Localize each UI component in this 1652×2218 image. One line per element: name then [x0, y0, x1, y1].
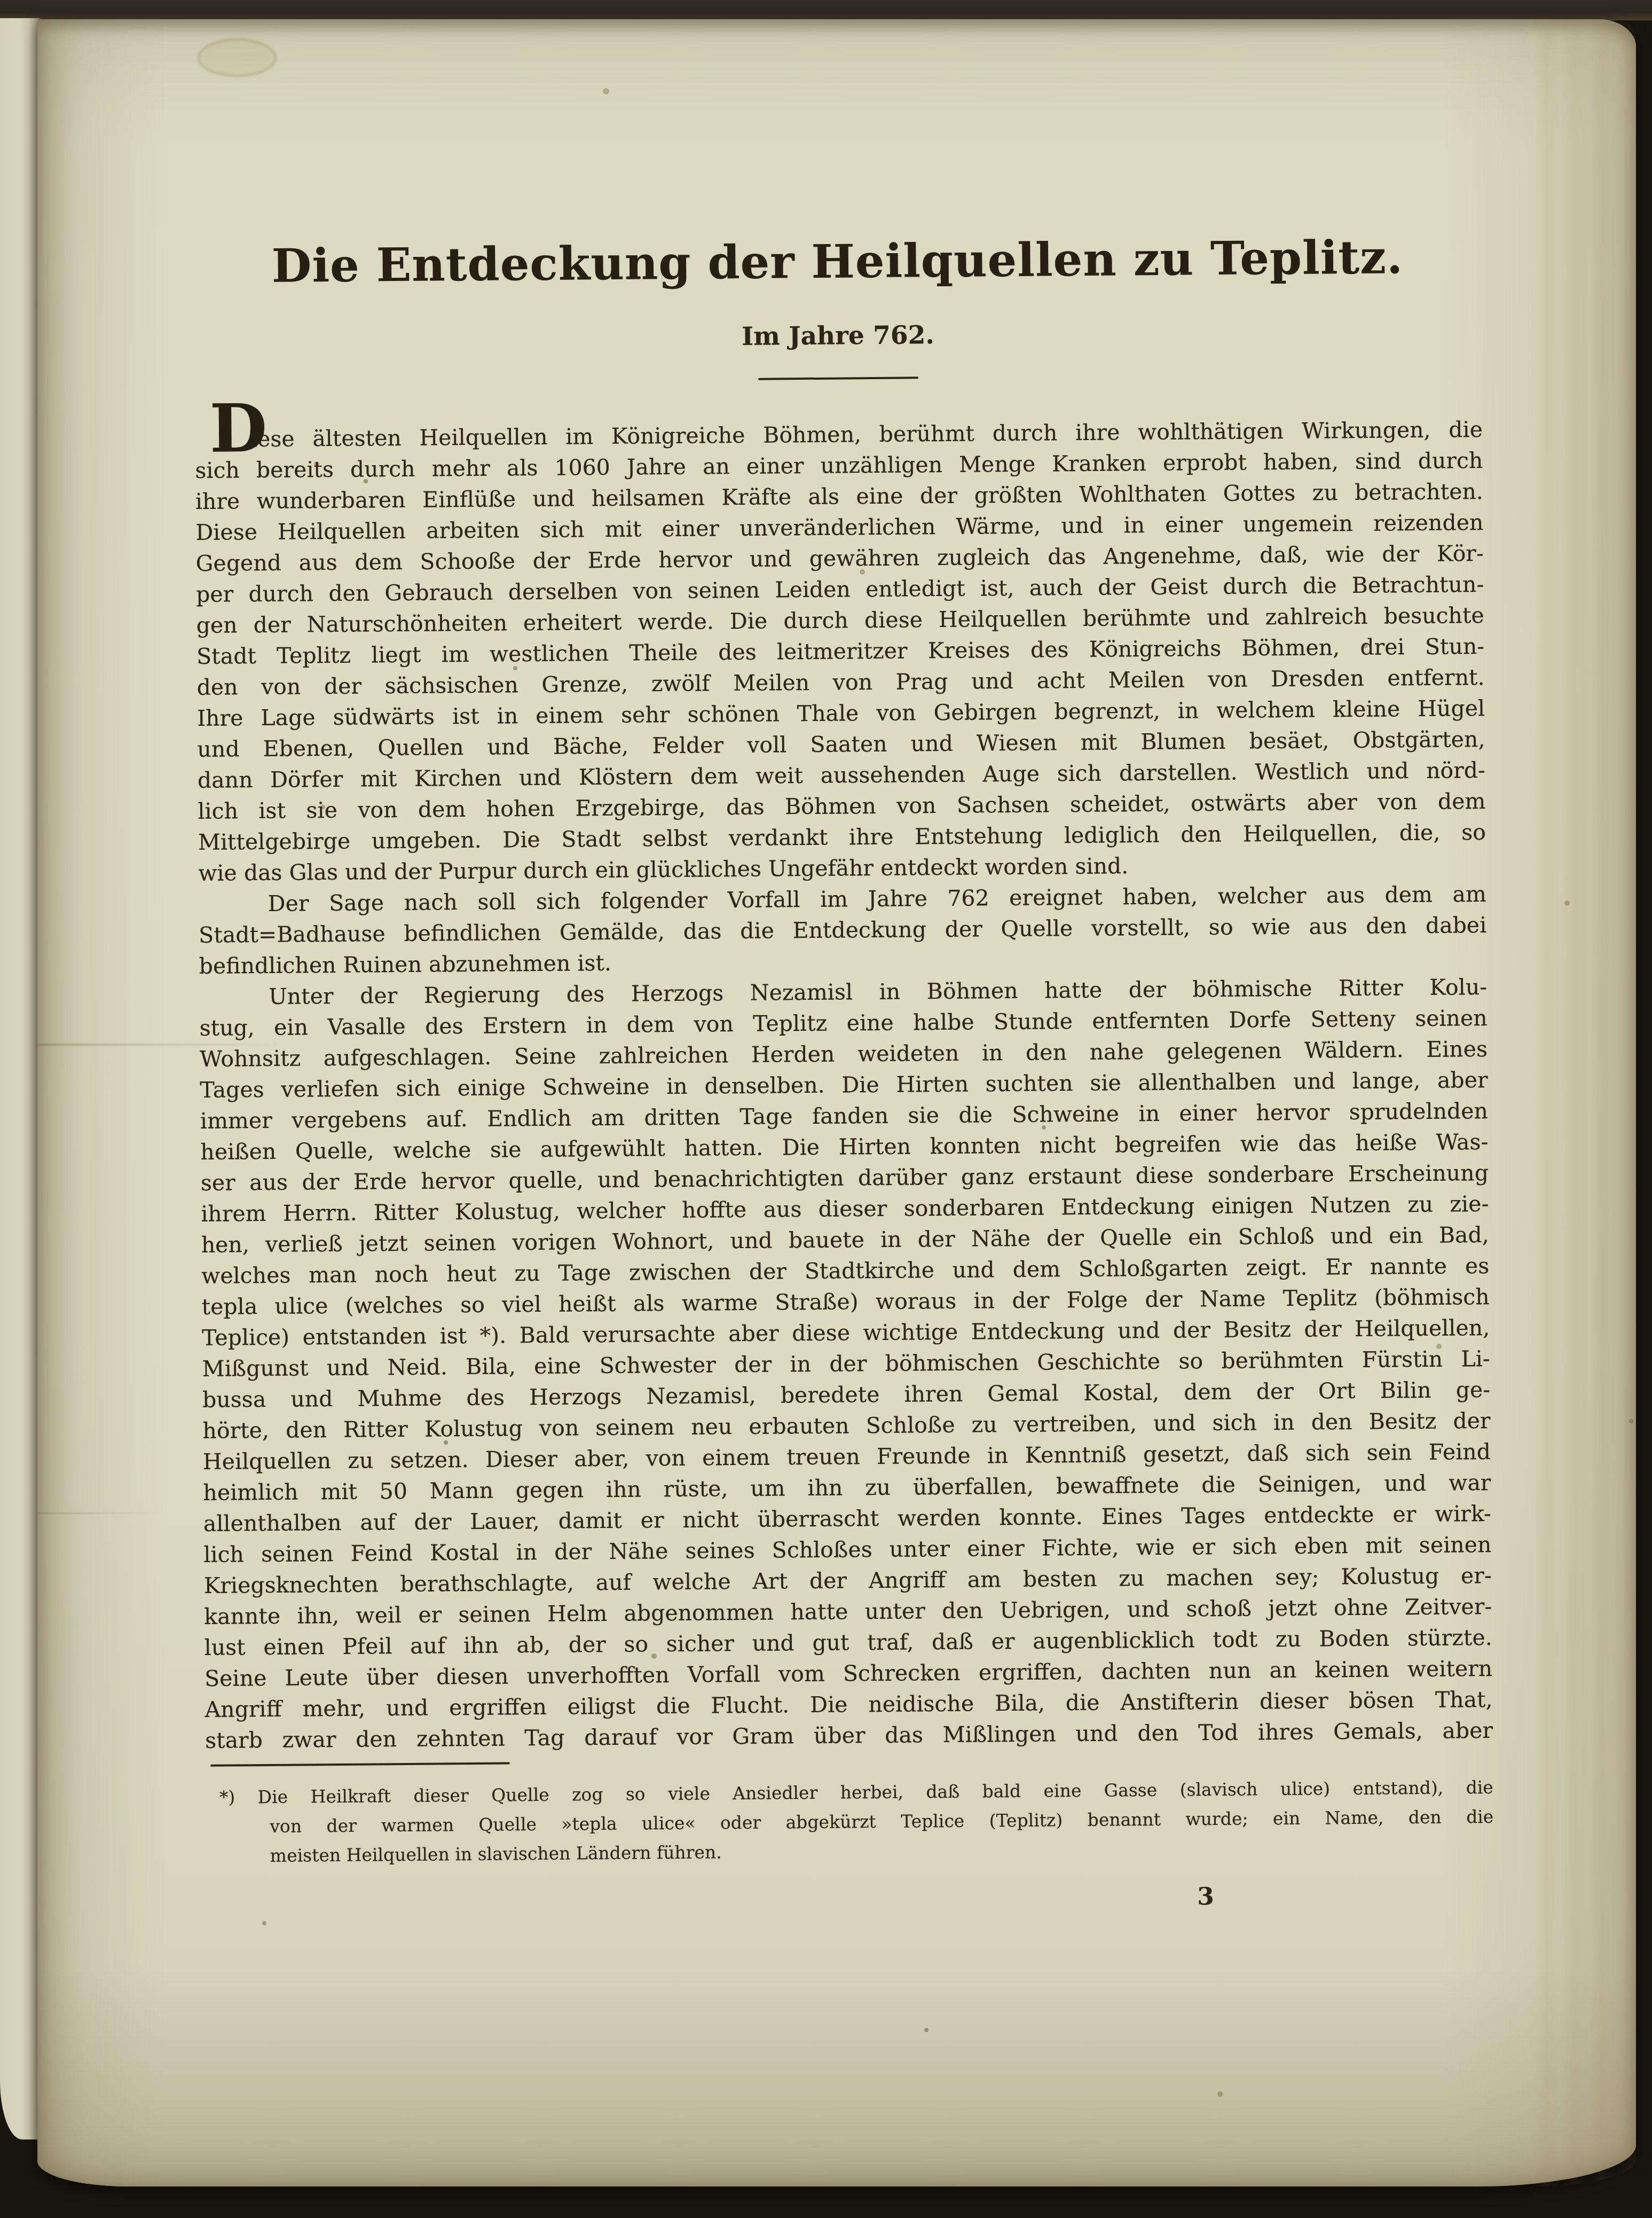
page-title: Die Entdeckung der Heilquellen zu Teplit… — [193, 230, 1482, 294]
footnote: *) Die Heilkraft dieser Quelle zog so vi… — [219, 1773, 1494, 1871]
book-page-scan: Die Entdeckung der Heilquellen zu Teplit… — [0, 0, 1652, 2218]
page-subtitle: Im Jahre 762. — [194, 316, 1482, 356]
book-page: Die Entdeckung der Heilquellen zu Teplit… — [37, 19, 1636, 2186]
paper-specks — [37, 19, 41, 22]
paper-stain — [198, 38, 277, 77]
paper-crease — [37, 1512, 160, 1514]
page-edge-streaks — [1535, 19, 1636, 2186]
footnote-divider-rule — [210, 1762, 509, 1766]
page-number: 3 — [206, 1880, 1494, 1918]
body-lines: iese ältesten Heilquellen im Königreiche… — [195, 414, 1493, 1756]
scan-backdrop-top — [0, 0, 1652, 20]
title-divider-rule — [758, 377, 918, 380]
drop-cap-initial: D — [209, 396, 268, 463]
previous-page-edge — [0, 18, 41, 2139]
body-text: D iese ältesten Heilquellen im Königreic… — [195, 414, 1493, 1756]
page-content: Die Entdeckung der Heilquellen zu Teplit… — [193, 230, 1494, 1918]
